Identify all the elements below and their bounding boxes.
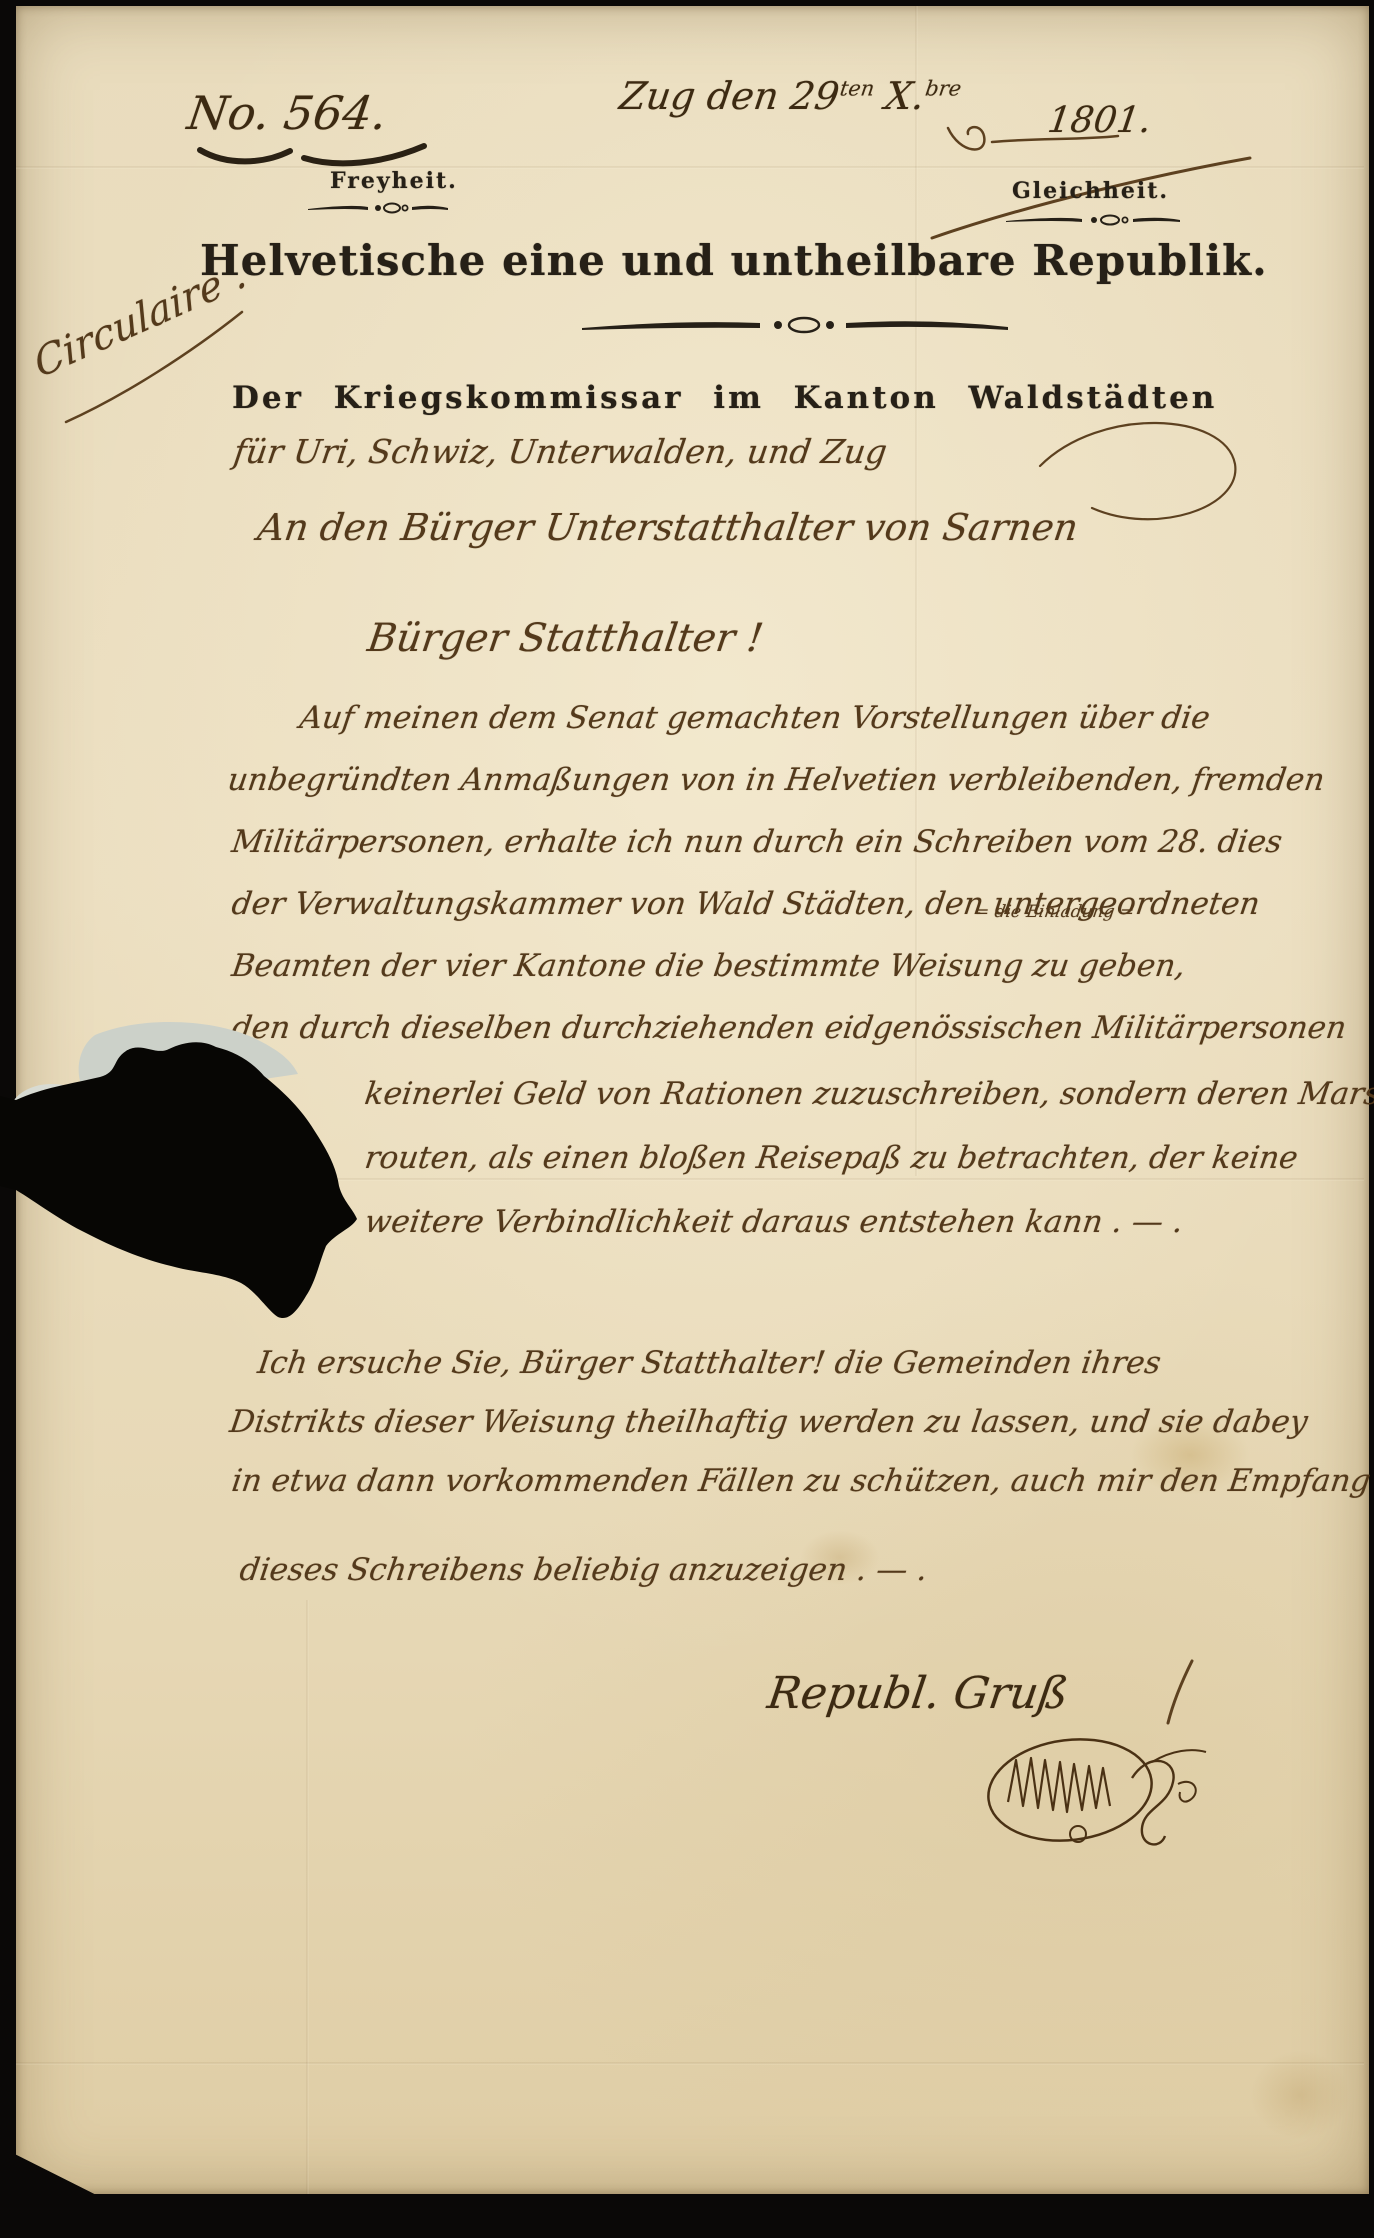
torn-hole [0, 0, 1374, 2238]
scanned-letter-page: No. 564. Zug den 29ten X.bre 1801. Freyh… [0, 0, 1374, 2238]
torn-hole-blob [0, 1042, 357, 1318]
